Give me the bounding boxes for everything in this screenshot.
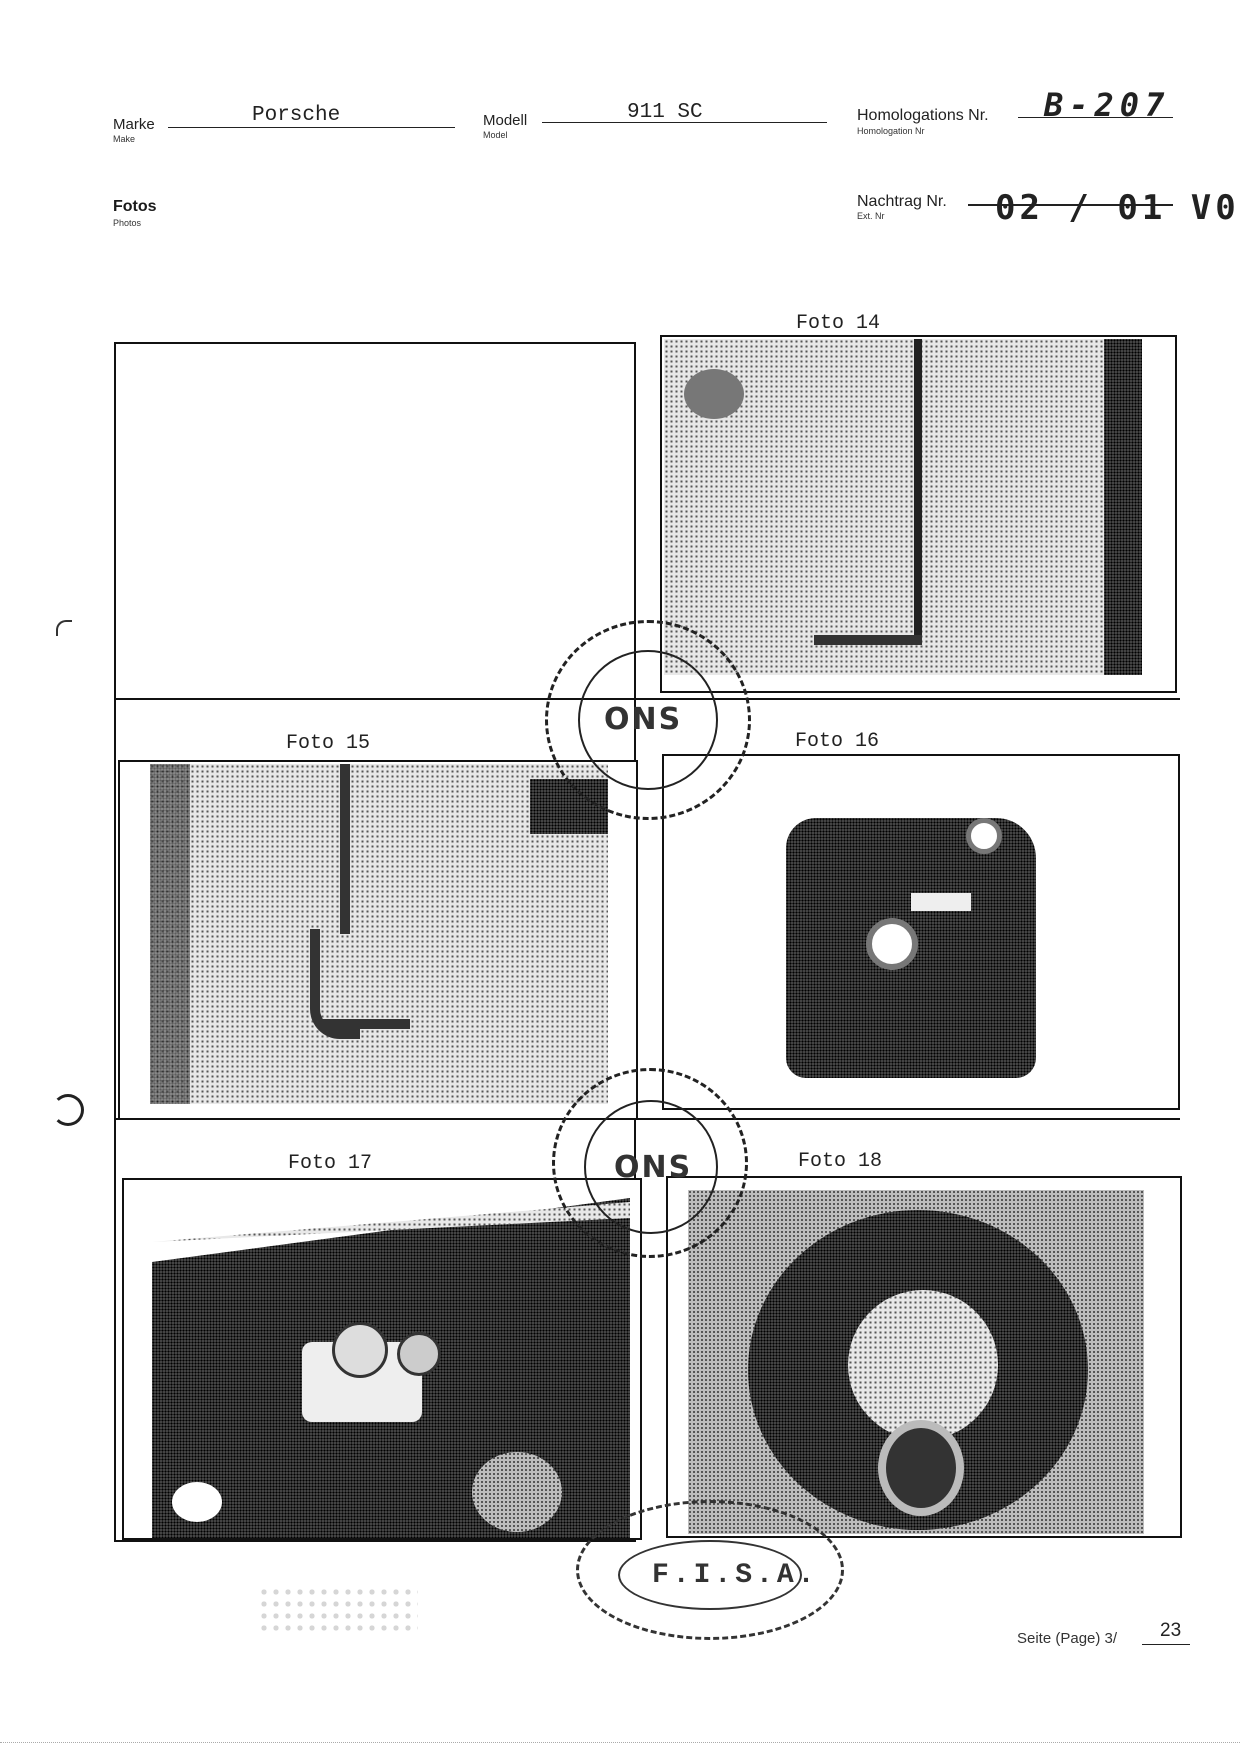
photo-caption-14: Foto 14: [796, 312, 880, 335]
photo-caption-15: Foto 15: [286, 732, 370, 755]
punch-mark-top: [56, 620, 72, 636]
model-label-en: Model: [483, 130, 508, 140]
make-value: Porsche: [252, 104, 340, 127]
photo-caption-18: Foto 18: [798, 1150, 882, 1173]
model-label: Modell: [483, 112, 527, 129]
photo-frame-17: [122, 1178, 642, 1540]
homologation-value: B-207: [1044, 86, 1170, 124]
photo-frame-14: [660, 335, 1177, 693]
photo-18-image: [688, 1190, 1144, 1534]
photo-frame-18: [666, 1176, 1182, 1538]
ons-stamp-top-label: ONS: [604, 702, 682, 737]
fisa-stamp-label: F.I.S.A.: [652, 1560, 818, 1591]
ons-stamp-bottom-label: ONS: [614, 1150, 692, 1185]
photo-frame-empty: [114, 342, 636, 700]
photo-caption-16: Foto 16: [795, 730, 879, 753]
extension-label: Nachtrag Nr.: [857, 193, 947, 211]
wheel-hub-shape: [848, 1290, 998, 1440]
photo-frame-15: [118, 760, 638, 1120]
page-label: Seite (Page) 3/: [1017, 1630, 1117, 1647]
rod-foot: [814, 635, 922, 645]
section-title-en: Photos: [113, 218, 141, 228]
photo-16-image: [666, 758, 1176, 1106]
photo-17-image: [152, 1182, 630, 1538]
photo-14-image: [664, 339, 1142, 675]
faint-print-residue: [258, 1586, 418, 1636]
photo-15-image: [150, 764, 608, 1104]
model-value: 911 SC: [627, 101, 703, 124]
extension-value: 02 / 01 V0: [995, 188, 1240, 228]
section-title: Fotos: [113, 198, 157, 216]
punch-hole-icon: [52, 1094, 84, 1126]
homologation-label: Homologations Nr.: [857, 107, 989, 125]
page-total: 23: [1160, 1620, 1181, 1642]
homologation-label-en: Homologation Nr: [857, 126, 925, 136]
photo-frame-16: [662, 754, 1180, 1110]
make-label-en: Make: [113, 134, 135, 144]
photo-caption-17: Foto 17: [288, 1152, 372, 1175]
make-line: [168, 127, 455, 128]
extension-label-en: Ext. Nr: [857, 211, 885, 221]
make-label: Marke: [113, 116, 155, 133]
scan-edge: [0, 1742, 1240, 1743]
rod-shape: [914, 339, 922, 639]
page-line: [1142, 1644, 1190, 1645]
